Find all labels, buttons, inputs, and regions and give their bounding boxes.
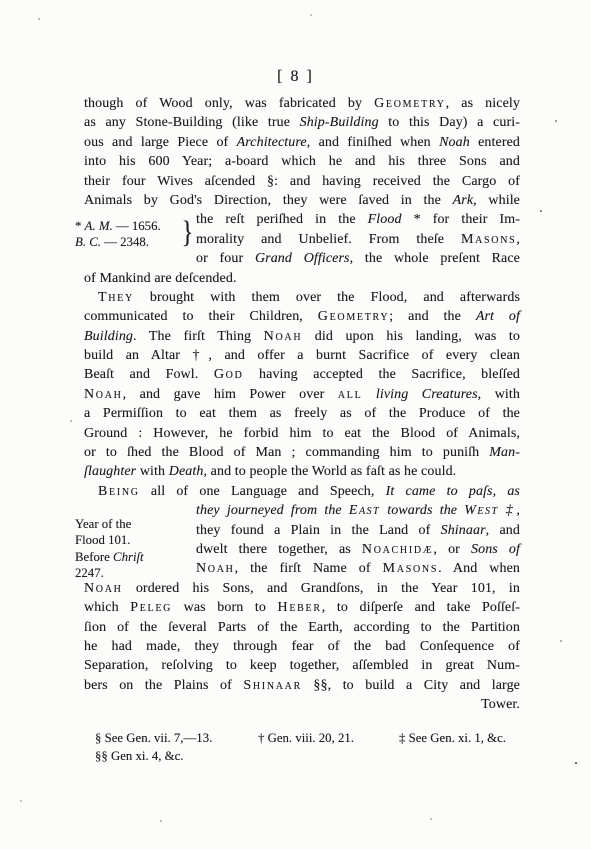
body-line: bers on the Plains of Shinaar §§, to bui… xyxy=(84,676,520,695)
text-segment: ſlaughter xyxy=(84,464,136,479)
text-segment: or four xyxy=(196,251,255,266)
text-segment: Flood xyxy=(368,212,402,227)
text-segment: Year of the xyxy=(75,517,131,531)
text-segment: Being xyxy=(98,484,140,499)
text-segment: brought with them over the Flood, and af… xyxy=(134,290,520,305)
footnote-gen-viii: † Gen. viii. 20, 21. xyxy=(258,731,354,746)
text-segment: did upon his landing, was to xyxy=(302,329,520,344)
body-line: as any Stone-Building (like true Ship-Bu… xyxy=(84,113,520,132)
body-line: morality and Unbelief. From theſe Masons… xyxy=(196,230,520,249)
text-segment: † Gen. viii. 20, 21. xyxy=(258,731,354,745)
text-segment: having accepted the Sacrifice, bleſſed xyxy=(244,367,520,382)
text-segment: Ark xyxy=(453,193,474,208)
body-line: they journeyed from the East towards the… xyxy=(196,501,520,520)
text-segment: Noah xyxy=(84,581,123,596)
body-line: Separation, reſolving to keep together, … xyxy=(84,656,520,675)
text-segment: of Mankind are deſcended. xyxy=(84,271,237,286)
body-line: Noah ordered his Sons, and Grandſons, in… xyxy=(84,579,520,598)
body-line: ſion of the ſeveral Parts of the Earth, … xyxy=(84,618,520,637)
body-line: Being all of one Language and Speech, It… xyxy=(84,482,520,501)
text-segment: Masons xyxy=(383,561,438,576)
text-segment: . And when xyxy=(438,561,520,576)
text-segment: he had made, they through fear of the ba… xyxy=(84,639,520,654)
text-segment: ous and large Piece of xyxy=(84,135,237,150)
body-line: he had made, they through fear of the ba… xyxy=(84,637,520,656)
text-segment: . The firſt Thing xyxy=(133,329,264,344)
body-line: Animals by God's Direction, they were ſa… xyxy=(84,191,520,210)
margin-note-year-of-flood: Year of the Flood 101. Before Chriſt 224… xyxy=(75,516,181,581)
text-segment: , and finiſhed when xyxy=(307,135,439,150)
text-segment: Shinaar xyxy=(441,523,486,538)
text-segment: they journeyed from the xyxy=(196,503,349,518)
text-segment: dwelt there together, as xyxy=(196,542,362,557)
text-segment: Geometry xyxy=(374,96,446,111)
margin-note-flood-line: Flood 101. xyxy=(75,532,181,548)
footnote-gen-xi-4: §§ Gen xi. 4, &c. xyxy=(95,749,184,764)
text-segment: Noah xyxy=(84,387,123,402)
text-segment: B. C. xyxy=(75,235,101,249)
text-segment: West xyxy=(464,503,498,518)
text-segment: Ground : However, he forbid him to eat t… xyxy=(84,426,520,441)
text-segment: , xyxy=(516,232,520,247)
text-segment: the reſt periſhed in the xyxy=(196,212,368,227)
body-line: Ground : However, he forbid him to eat t… xyxy=(84,424,520,443)
body-line: build an Altar †, and offer a burnt Sacr… xyxy=(84,346,520,365)
text-segment: Noah xyxy=(264,329,303,344)
body-line: They brought with them over the Flood, a… xyxy=(84,288,520,307)
text-segment: into his 600 Year; a-board which he and … xyxy=(84,154,520,169)
body-line: the reſt periſhed in the Flood * for the… xyxy=(196,210,520,229)
text-segment: Separation, reſolving to keep together, … xyxy=(84,658,520,673)
text-segment: Grand Officers xyxy=(255,251,350,266)
margin-note-flood-line: Year of the xyxy=(75,516,181,532)
text-segment: 2247. xyxy=(75,566,104,580)
body-line: into his 600 Year; a-board which he and … xyxy=(84,152,520,171)
body-line: a Permiſſion to eat them as freely as of… xyxy=(84,404,520,423)
text-segment: ſion of the ſeveral Parts of the Earth, … xyxy=(84,620,520,635)
text-segment: to this Day) a curi- xyxy=(379,115,520,130)
body-line: Building. The firſt Thing Noah did upon … xyxy=(84,327,520,346)
text-segment: § See Gen. vii. 7,—13. xyxy=(95,731,212,745)
text-segment: , and to people the World as faſt as he … xyxy=(203,464,456,479)
body-line: of Mankind are deſcended. xyxy=(84,269,520,288)
text-segment: they found a Plain in the Land of xyxy=(196,523,441,538)
text-segment: Death xyxy=(169,464,204,479)
body-line: which Peleg was born to Heber, to diſper… xyxy=(84,598,520,617)
text-segment: * xyxy=(75,219,85,233)
text-segment: morality and Unbelief. From theſe xyxy=(196,232,461,247)
text-segment: , and gave him Power over xyxy=(123,387,338,402)
text-segment: all xyxy=(338,387,363,402)
text-segment: §§ Gen xi. 4, &c. xyxy=(95,749,184,763)
text-segment: Heber xyxy=(278,600,322,615)
text-segment: , or xyxy=(433,542,471,557)
scan-noise xyxy=(0,0,2,2)
text-segment: which xyxy=(84,600,130,615)
margin-note-am-bc: * A. M. — 1656. B. C. — 2348. xyxy=(75,219,179,250)
body-line: or four Grand Officers, the whole preſen… xyxy=(196,249,520,268)
body-line: ſlaughter with Death, and to people the … xyxy=(84,462,520,481)
text-segment: They xyxy=(98,290,134,305)
text-segment: — 1656. xyxy=(113,219,161,233)
text-segment: , and xyxy=(486,523,520,538)
text-segment: as any Stone-Building (like true xyxy=(84,115,300,130)
text-segment: all of one Language and Speech, xyxy=(140,484,386,499)
text-segment: living Creatures xyxy=(376,387,478,402)
text-segment: was born to xyxy=(172,600,277,615)
text-segment: ‡, xyxy=(499,503,520,518)
margin-note-bc-line: B. C. — 2348. xyxy=(75,235,179,251)
text-segment: Building xyxy=(84,329,133,344)
text-segment: bers on the Plains of xyxy=(84,678,243,693)
text-segment: their four Wives aſcended §: and having … xyxy=(84,174,520,189)
text-segment: Beaſt and Fowl. xyxy=(84,367,214,382)
text-segment: , to diſperſe and take Poſſeſ- xyxy=(322,600,520,615)
body-line: Noah, the firſt Name of Masons. And when xyxy=(196,559,520,578)
text-segment: God xyxy=(214,367,244,382)
margin-note-flood-line: 2247. xyxy=(75,565,181,581)
text-segment: a Permiſſion to eat them as freely as of… xyxy=(84,406,520,421)
text-segment: or to ſhed the Blood of Man ; commanding… xyxy=(84,445,489,460)
text-segment: Animals by God's Direction, they were ſa… xyxy=(84,193,453,208)
text-segment: Chriſt xyxy=(113,550,144,564)
text-segment: ; and the xyxy=(389,309,476,324)
text-segment: Noachidæ xyxy=(362,542,434,557)
text-segment: §§, to build a City and large xyxy=(302,678,520,693)
text-segment: Architecture xyxy=(237,135,307,150)
text-segment: * for their Im- xyxy=(402,212,520,227)
text-segment: Art of xyxy=(476,309,520,324)
text-segment: with xyxy=(136,464,169,479)
text-segment: though of Wood only, was fabricated by xyxy=(84,96,374,111)
text-segment: Before xyxy=(75,550,113,564)
text-segment: Tower. xyxy=(481,697,520,712)
text-segment: , the whole preſent Race xyxy=(350,251,520,266)
text-segment: entered xyxy=(470,135,520,150)
margin-note-am-line: * A. M. — 1656. xyxy=(75,219,179,235)
body-line: though of Wood only, was fabricated by G… xyxy=(84,94,520,113)
text-segment: It came to paſs, as xyxy=(386,484,520,499)
text-segment: towards the xyxy=(380,503,464,518)
body-text-block: though of Wood only, was fabricated by G… xyxy=(84,94,520,715)
text-segment: Noah xyxy=(196,561,235,576)
text-segment: Ship-Building xyxy=(300,115,379,130)
text-segment: , as nicely xyxy=(446,96,520,111)
margin-note-brace: } xyxy=(181,216,193,247)
text-segment: Shinaar xyxy=(243,678,302,693)
text-segment xyxy=(362,387,375,402)
text-segment: , while xyxy=(473,193,520,208)
text-segment: Man- xyxy=(489,445,520,460)
text-segment: , the firſt Name of xyxy=(235,561,383,576)
text-segment: ‡ See Gen. xi. 1, &c. xyxy=(399,731,506,745)
text-segment: A. M. xyxy=(85,219,113,233)
body-line: their four Wives aſcended §: and having … xyxy=(84,172,520,191)
body-line: communicated to their Children, Geometry… xyxy=(84,307,520,326)
text-segment: ordered his Sons, and Grandſons, in the … xyxy=(123,581,520,596)
book-page-scan: [ 8 ] though of Wood only, was fabricate… xyxy=(0,0,591,849)
text-segment: build an Altar †, and offer a burnt Sacr… xyxy=(84,348,520,363)
body-line: they found a Plain in the Land of Shinaa… xyxy=(196,521,520,540)
body-line: Beaſt and Fowl. God having accepted the … xyxy=(84,365,520,384)
body-line: Tower. xyxy=(84,695,520,714)
text-segment: , with xyxy=(478,387,520,402)
text-segment: Flood 101. xyxy=(75,533,130,547)
body-line: Noah, and gave him Power over all living… xyxy=(84,385,520,404)
footnote-gen-vii: § See Gen. vii. 7,—13. xyxy=(95,731,212,746)
text-segment: Geometry xyxy=(318,309,390,324)
body-line: or to ſhed the Blood of Man ; commanding… xyxy=(84,443,520,462)
text-segment: Peleg xyxy=(130,600,172,615)
text-segment: Masons xyxy=(461,232,516,247)
text-segment: communicated to their Children, xyxy=(84,309,318,324)
text-segment: Noah xyxy=(439,135,470,150)
text-segment: — 2348. xyxy=(101,235,149,249)
text-segment: East xyxy=(349,503,380,518)
body-line: ous and large Piece of Architecture, and… xyxy=(84,133,520,152)
text-segment: Sons of xyxy=(471,542,520,557)
footnote-gen-xi-1: ‡ See Gen. xi. 1, &c. xyxy=(399,731,506,746)
body-line: dwelt there together, as Noachidæ, or So… xyxy=(196,540,520,559)
page-number: [ 8 ] xyxy=(0,68,591,86)
margin-note-flood-line: Before Chriſt xyxy=(75,549,181,565)
